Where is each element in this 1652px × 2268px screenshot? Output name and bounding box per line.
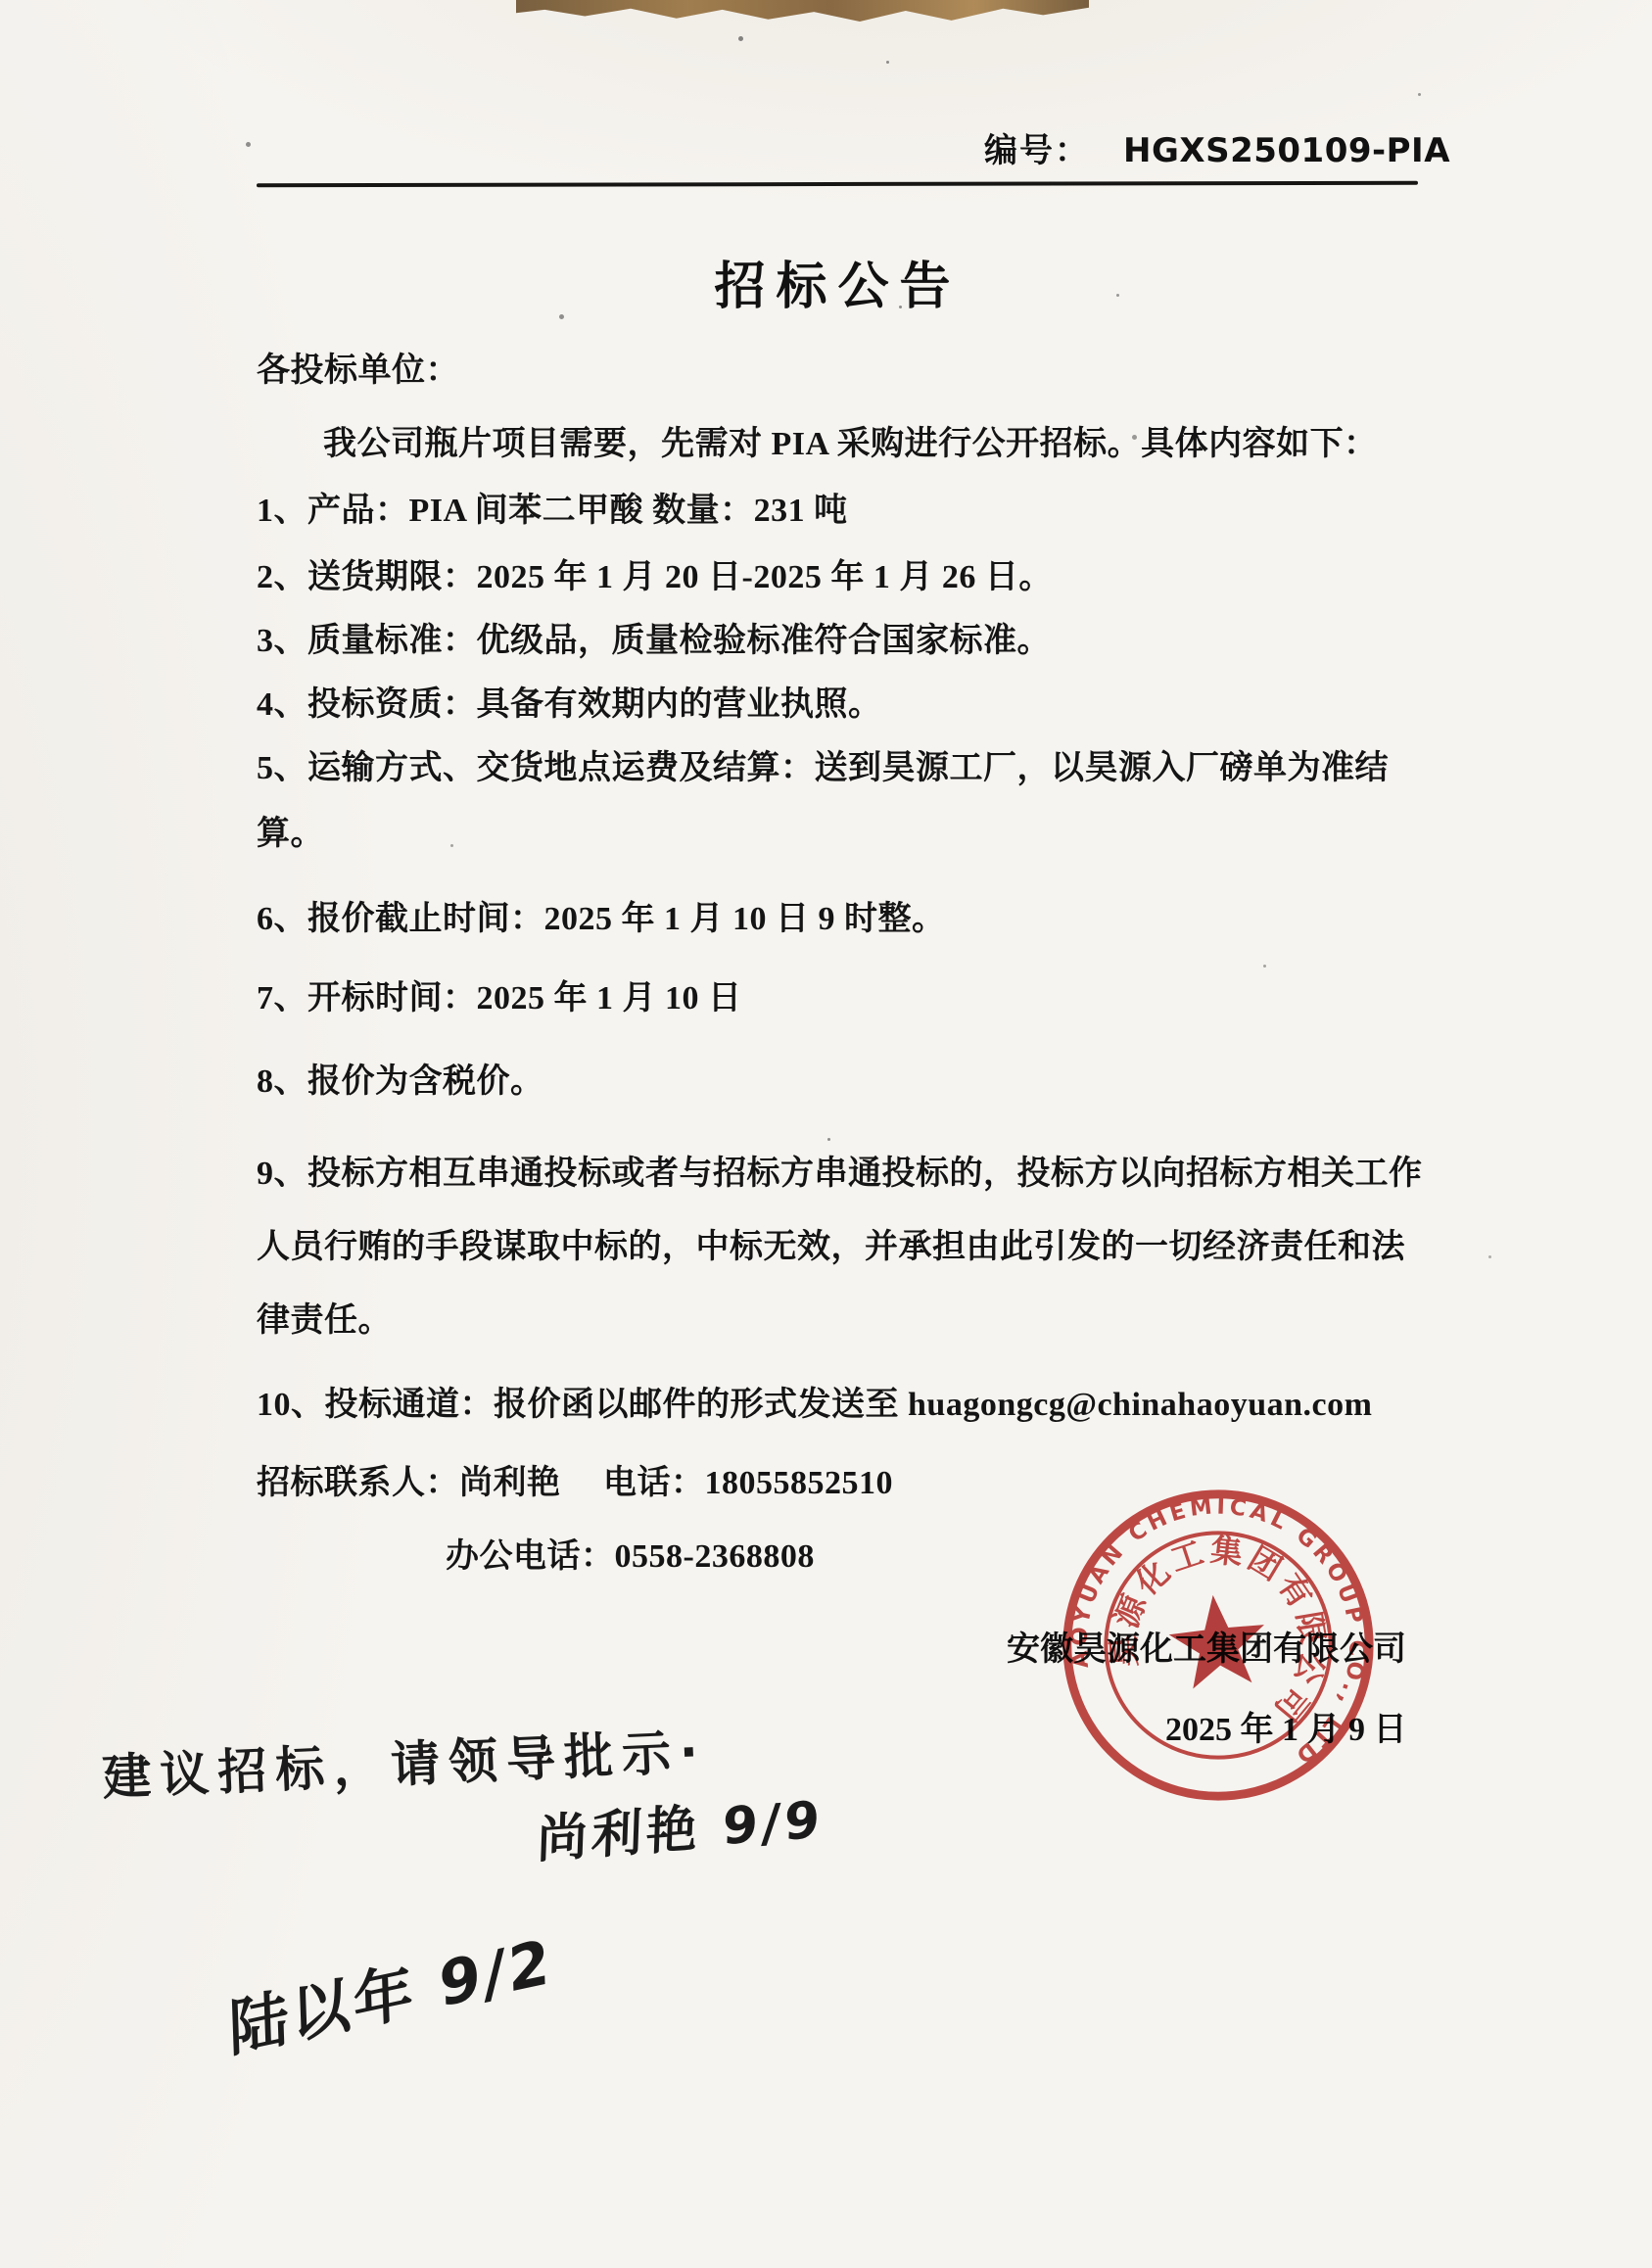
header-rule [257,181,1418,187]
intro: 我公司瓶片项目需要，先需对 PIA 采购进行公开招标。具体内容如下： [323,416,1378,464]
contact-line: 招标联系人：尚利艳 电话：18055852510 [257,1455,893,1503]
item-9-cont-2: 律责任。 [257,1293,392,1341]
doc-number-label: 编号： [984,123,1090,171]
scan-noise-speckles [0,0,3,3]
doc-number-value: HGXS250109-PIA [1123,131,1450,170]
item-4: 4、投标资质：具备有效期内的营业执照。 [257,677,882,725]
handwritten-signature-2: 陆以年 9/2 [227,1912,553,2068]
item-5: 5、运输方式、交货地点运费及结算：送到昊源工厂，以昊源入厂磅单为准结 [257,740,1389,788]
item-6: 6、报价截止时间：2025 年 1 月 10 日 9 时整。 [257,891,946,939]
page-title: 招标公告 [12,245,1652,318]
doc-number: 编号： HGXS250109-PIA [984,123,1450,171]
item-8: 8、报价为含税价。 [257,1054,544,1102]
item-2: 2、送货期限：2025 年 1 月 20 日-2025 年 1 月 26 日。 [257,549,1053,597]
office-phone-line: 办公电话：0558-2368808 [446,1529,815,1577]
item-3: 3、质量标准：优级品，质量检验标准符合国家标准。 [257,613,1051,661]
item-5-cont: 算。 [257,806,324,854]
item-9-cont-1: 人员行贿的手段谋取中标的，中标无效，并承担由此引发的一切经济责任和法 [257,1219,1405,1267]
handwritten-signature-1: 尚利艳 9/9 [536,1778,825,1872]
company-seal-stamp: ANHUI HAOYUAN CHEMICAL GROUP CO., LTD 安徽… [1037,1464,1398,1825]
scanner-edge-artifact [516,0,1089,22]
red-star-icon [1165,1590,1270,1691]
greeting: 各投标单位： [257,343,459,391]
item-10: 10、投标通道：报价函以邮件的形式发送至 huagongcg@chinahaoy… [257,1377,1372,1425]
item-1: 1、产品：PIA 间苯二甲酸 数量：231 吨 [257,483,848,531]
item-9: 9、投标方相互串通投标或者与招标方串通投标的，投标方以向招标方相关工作 [257,1146,1423,1194]
item-7: 7、开标时间：2025 年 1 月 10 日 [257,970,742,1018]
scanned-document-page: 编号： HGXS250109-PIA 招标公告 各投标单位： 我公司瓶片项目需要… [0,0,1652,2268]
